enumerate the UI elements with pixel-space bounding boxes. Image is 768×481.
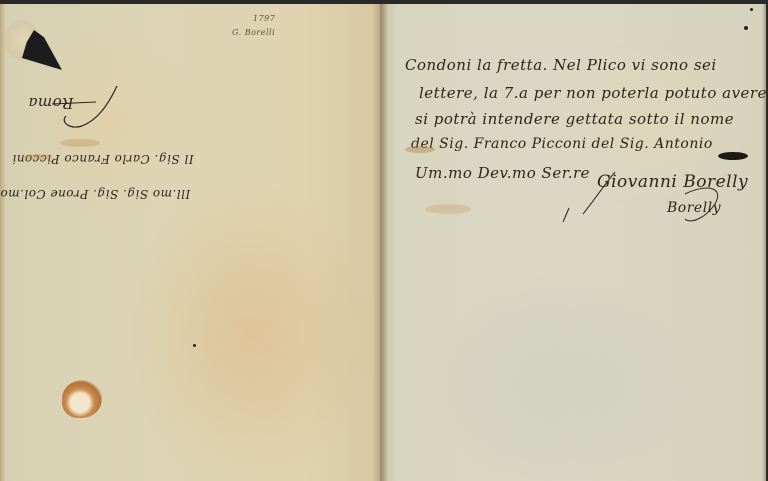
document-viewer: 1797 G. Borelli Roma Il Sig. Carlo Franc… (0, 0, 768, 481)
left-page: 1797 G. Borelli Roma Il Sig. Carlo Franc… (0, 4, 383, 481)
body-line-1: Condoni la fretta. Nel Plico vi sono sei (405, 56, 717, 74)
place-flourish-icon (52, 82, 122, 132)
speck (750, 8, 753, 11)
body-line-4: del Sig. Franco Picconi del Sig. Antonio (411, 136, 713, 152)
archive-name: G. Borelli (232, 28, 275, 37)
body-line-3: si potrà intendere gettata sotto il nome (415, 110, 734, 128)
address-line-1-inverted: Ill.mo Sig. Sig. Prone Col.mo (0, 187, 190, 201)
stain (60, 139, 100, 147)
signature-flourish-icon (555, 164, 755, 224)
letter-sheet: 1797 G. Borelli Roma Il Sig. Carlo Franc… (0, 4, 766, 481)
wax-seal-remnant (62, 380, 102, 418)
archive-number: 1797 (253, 14, 275, 23)
right-page: Condoni la fretta. Nel Plico vi sono sei… (385, 4, 766, 481)
body-line-2: lettere, la 7.a per non poterla potuto a… (419, 84, 767, 102)
ink-blot (718, 152, 748, 160)
speck (193, 344, 196, 347)
stain (405, 146, 435, 153)
stain (22, 154, 52, 160)
speck (744, 26, 748, 30)
stain (425, 204, 471, 214)
